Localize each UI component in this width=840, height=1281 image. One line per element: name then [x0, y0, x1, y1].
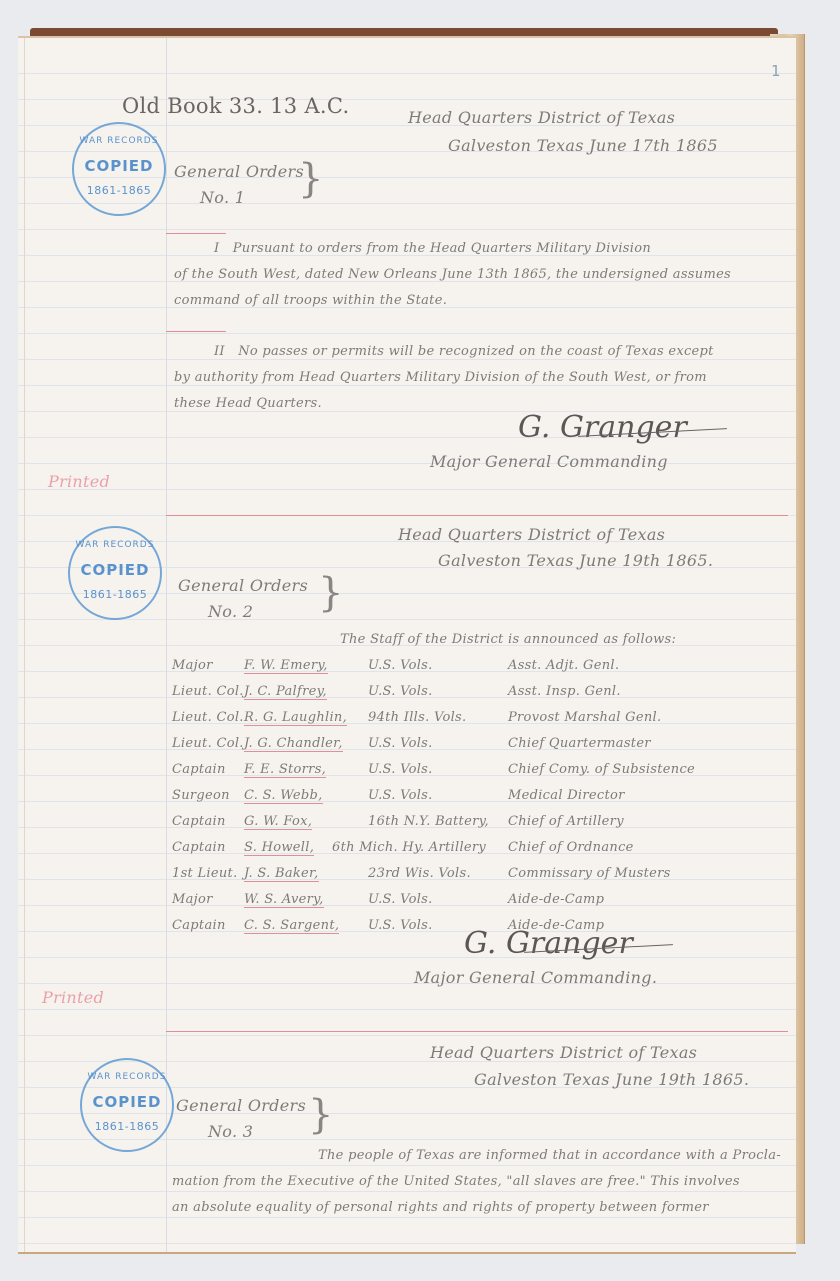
order-title: General Orders	[174, 162, 304, 181]
staff-unit: U.S. Vols.	[368, 892, 433, 907]
signature-title: Major General Commanding.	[414, 968, 657, 987]
staff-unit: U.S. Vols.	[368, 762, 433, 777]
staff-unit: U.S. Vols.	[368, 684, 433, 699]
staff-name: J. S. Baker,	[244, 866, 319, 882]
staff-unit: 23rd Wis. Vols.	[368, 866, 471, 881]
staff-rank: Captain	[172, 918, 226, 933]
order-header-line1: Head Quarters District of Texas	[430, 1043, 697, 1062]
order-header-line2: Galveston Texas June 19th 1865.	[474, 1070, 749, 1089]
staff-unit: 16th N.Y. Battery,	[368, 814, 489, 829]
order-title: General Orders	[176, 1096, 306, 1115]
staff-rank: Lieut. Col.	[172, 736, 244, 751]
staff-rank: Captain	[172, 814, 226, 829]
order-header-line2: Galveston Texas June 19th 1865.	[438, 551, 713, 570]
staff-intro: The Staff of the District is announced a…	[340, 632, 676, 647]
staff-name: F. E. Storrs,	[244, 762, 326, 778]
staff-unit: 94th Ills. Vols.	[368, 710, 466, 725]
staff-name: S. Howell,	[244, 840, 314, 856]
staff-rank: Surgeon	[172, 788, 230, 803]
staff-name: J. C. Palfrey,	[244, 684, 327, 700]
order-separator	[166, 1031, 788, 1032]
ledger-page: 1 Old Book 33. 13 A.C. WAR RECORDS COPIE…	[18, 36, 796, 1252]
staff-role: Chief of Ordnance	[508, 840, 634, 855]
order-text-line: mation from the Executive of the United …	[172, 1174, 740, 1189]
staff-rank: Major	[172, 892, 213, 907]
paragraph-line: of the South West, dated New Orleans Jun…	[174, 267, 731, 282]
staff-role: Asst. Adjt. Genl.	[508, 658, 619, 673]
brace: }	[308, 1092, 333, 1138]
staff-name: J. G. Chandler,	[244, 736, 343, 752]
page-number: 1	[771, 62, 781, 80]
staff-role: Commissary of Musters	[508, 866, 671, 881]
stamp-bottom-text: 1861-1865	[70, 588, 160, 601]
stamp-mid-text: COPIED	[70, 561, 160, 579]
order-header-line2: Galveston Texas June 17th 1865	[448, 136, 718, 155]
staff-role: Chief Quartermaster	[508, 736, 651, 751]
signature-title: Major General Commanding	[430, 452, 668, 471]
paragraph-line: II No passes or permits will be recogniz…	[214, 344, 714, 359]
order-text-line: The people of Texas are informed that in…	[318, 1148, 781, 1163]
paragraph-line: command of all troops within the State.	[174, 293, 447, 308]
staff-role: Chief Comy. of Subsistence	[508, 762, 695, 777]
stamp-top-text: WAR RECORDS	[70, 540, 160, 550]
staff-role: Aide-de-Camp	[508, 892, 604, 907]
stamp-mid-text: COPIED	[82, 1093, 172, 1111]
order-title: General Orders	[178, 576, 308, 595]
staff-name: C. S. Webb,	[244, 788, 323, 804]
staff-rank: Lieut. Col.	[172, 710, 244, 725]
staff-unit: U.S. Vols.	[368, 658, 433, 673]
staff-name: R. G. Laughlin,	[244, 710, 347, 726]
staff-unit: U.S. Vols.	[368, 918, 433, 933]
staff-role: Medical Director	[508, 788, 625, 803]
staff-unit: U.S. Vols.	[368, 736, 433, 751]
printed-mark: Printed	[48, 472, 110, 491]
staff-name: C. S. Sargent,	[244, 918, 339, 934]
staff-rank: Major	[172, 658, 213, 673]
copied-stamp: WAR RECORDS COPIED 1861-1865	[80, 1058, 174, 1152]
staff-name: W. S. Avery,	[244, 892, 324, 908]
staff-unit: U.S. Vols.	[368, 788, 433, 803]
copied-stamp: WAR RECORDS COPIED 1861-1865	[72, 122, 166, 216]
copied-stamp: WAR RECORDS COPIED 1861-1865	[68, 526, 162, 620]
paragraph-line: these Head Quarters.	[174, 396, 322, 411]
spine-line	[24, 38, 25, 1252]
order-header-line1: Head Quarters District of Texas	[408, 108, 675, 127]
stamp-top-text: WAR RECORDS	[74, 136, 164, 146]
order-number: No. 2	[208, 602, 253, 621]
staff-name: F. W. Emery,	[244, 658, 328, 674]
staff-rank: 1st Lieut.	[172, 866, 238, 881]
staff-rank: Lieut. Col.	[172, 684, 244, 699]
stamp-bottom-text: 1861-1865	[74, 184, 164, 197]
catalog-note: Old Book 33. 13 A.C.	[122, 94, 349, 118]
printed-mark: Printed	[42, 988, 104, 1007]
staff-role: Asst. Insp. Genl.	[508, 684, 621, 699]
red-rule	[166, 331, 226, 332]
staff-role: Chief of Artillery	[508, 814, 624, 829]
stamp-bottom-text: 1861-1865	[82, 1120, 172, 1133]
staff-rank: Captain	[172, 762, 226, 777]
brace: }	[298, 156, 323, 202]
brace: }	[318, 570, 343, 616]
paragraph-line: by authority from Head Quarters Military…	[174, 370, 707, 385]
paragraph-line: I Pursuant to orders from the Head Quart…	[214, 241, 651, 256]
stamp-top-text: WAR RECORDS	[82, 1072, 172, 1082]
red-rule	[166, 233, 226, 234]
order-number: No. 3	[208, 1122, 253, 1141]
order-header-line1: Head Quarters District of Texas	[398, 525, 665, 544]
margin-line	[166, 38, 167, 1252]
order-separator	[166, 515, 788, 516]
order-text-line: an absolute equality of personal rights …	[172, 1200, 709, 1215]
staff-unit: 6th Mich. Hy. Artillery	[332, 840, 486, 855]
order-number: No. 1	[200, 188, 245, 207]
stamp-mid-text: COPIED	[74, 157, 164, 175]
staff-name: G. W. Fox,	[244, 814, 312, 830]
signature: G. Granger	[464, 926, 633, 961]
staff-role: Provost Marshal Genl.	[508, 710, 661, 725]
signature: G. Granger	[518, 410, 687, 445]
staff-rank: Captain	[172, 840, 226, 855]
